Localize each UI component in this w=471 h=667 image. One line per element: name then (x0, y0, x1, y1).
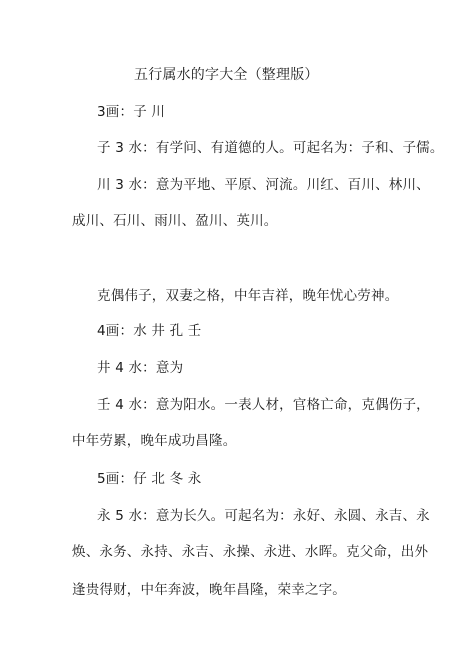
paragraph-line: 子 3 水：有学问、有道德的人。可起名为：子和、子儒。 (97, 139, 444, 157)
section-heading-3-strokes: 3画：子 川 (97, 103, 165, 121)
paragraph-line: 井 4 水：意为 (97, 359, 183, 377)
paragraph-line: 成川、石川、雨川、盈川、英川。 (72, 212, 278, 230)
paragraph-line: 永 5 水：意为长久。可起名为：永好、永圆、永吉、永 (97, 507, 430, 525)
paragraph-line: 克偶伟子，双妻之格，中年吉祥，晚年忧心劳神。 (97, 287, 398, 305)
section-heading-5-strokes: 5画：仔 北 冬 永 (97, 470, 201, 488)
paragraph-line: 壬 4 水：意为阳水。一表人材，官格亡命，克偶伤子， (97, 396, 430, 414)
paragraph-line: 焕、永务、永持、永吉、永操、永进、水晖。克父命，出外 (72, 543, 428, 561)
section-heading-4-strokes: 4画：水 井 孔 壬 (97, 322, 201, 340)
paragraph-line: 川 3 水：意为平地、平原、河流。川红、百川、林川、 (97, 176, 430, 194)
document-title: 五行属水的字大全（整理版） (134, 66, 319, 84)
paragraph-line: 中年劳累，晚年成功昌隆。 (72, 432, 236, 450)
paragraph-line: 逢贵得财，中年奔波，晚年昌隆，荣幸之字。 (72, 581, 346, 599)
